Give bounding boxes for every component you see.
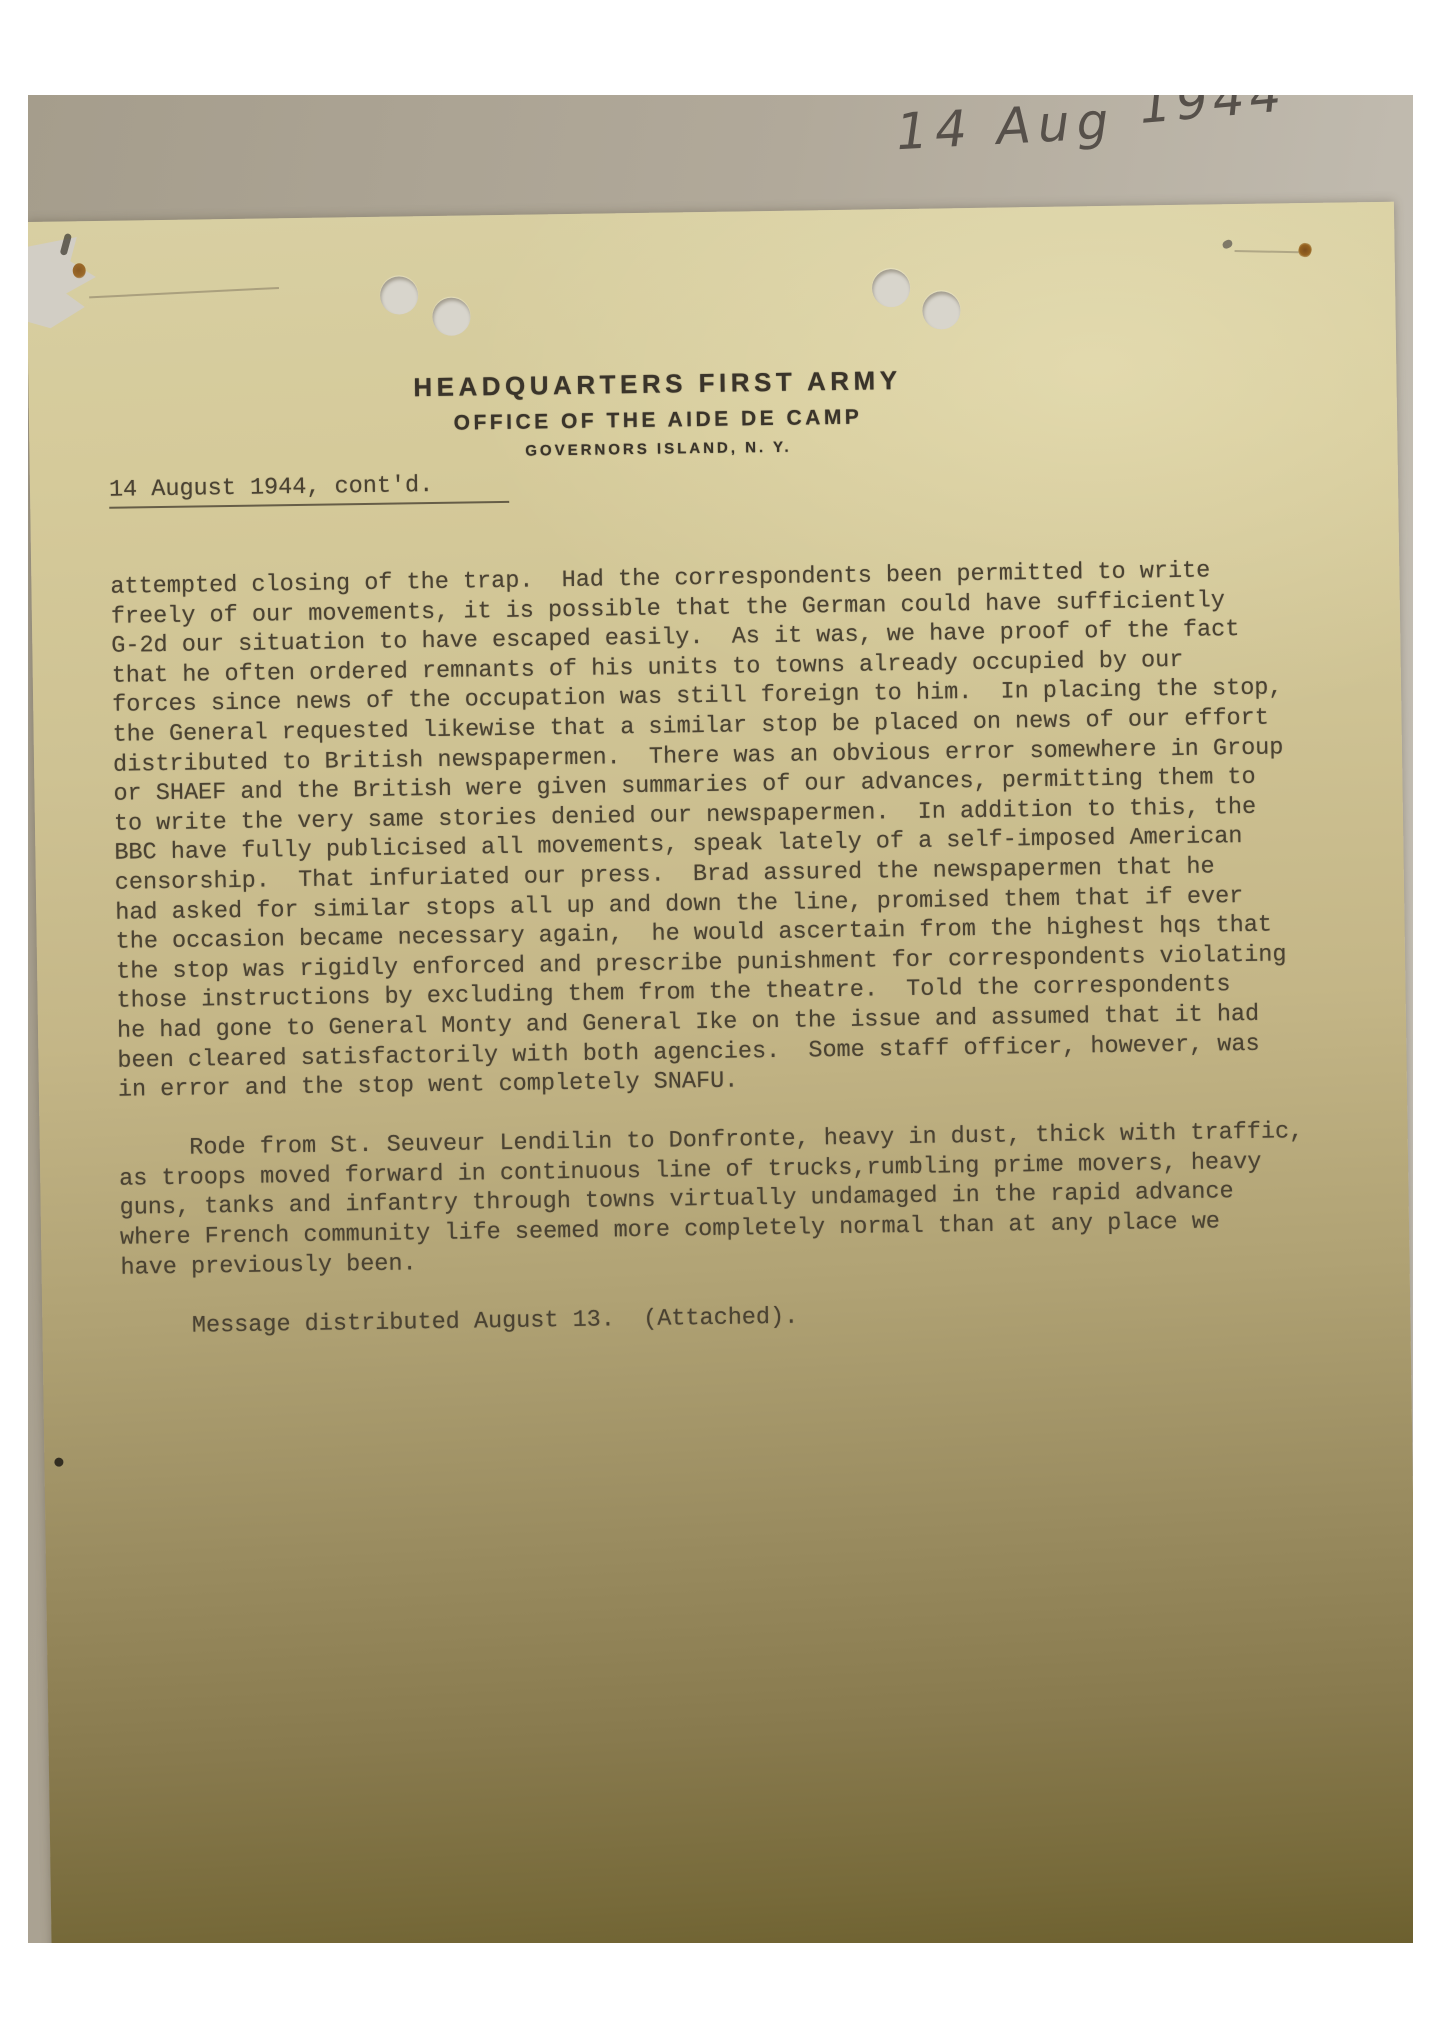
hole-punch [380,276,419,315]
typed-paragraph: attempted closing of the trap. Had the c… [110,555,1302,1105]
rust-stain-right [1297,242,1313,259]
typed-line: Message distributed August 13. (Attached… [121,1295,1306,1342]
typed-body: attempted closing of the trap. Had the c… [110,555,1306,1342]
letterhead: HEADQUARTERS FIRST ARMY OFFICE OF THE AI… [107,360,1208,465]
hole-punch [432,297,471,336]
handwritten-date-day-month: 14 Aug [895,95,1117,161]
hole-punch [922,291,961,330]
ink-dot [54,1458,63,1467]
typed-paragraph: Message distributed August 13. (Attached… [121,1295,1306,1342]
hole-punch [872,269,911,308]
letterhead-line1: HEADQUARTERS FIRST ARMY [107,360,1207,407]
handwritten-date-annotation: 14 Aug 1944 [895,95,1289,161]
pencil-mark-right [1221,239,1233,250]
dateline: 14 August 1944, cont'd. [109,471,509,509]
pencil-hairline-right [1235,250,1299,253]
document-paper: HEADQUARTERS FIRST ARMY OFFICE OF THE AI… [28,202,1413,1943]
dateline-text: 14 August 1944, cont'd. [109,471,509,509]
paper-crack [89,287,279,298]
handwritten-date-year: 1944 [1137,95,1289,135]
typed-paragraph: Rode from St. Seuveur Lendilin to Donfro… [119,1117,1306,1283]
photo-scan-area: 14 Aug 1944 HEADQUARTERS FIRST ARMY OFFI… [28,95,1413,1943]
rust-stain-left [73,263,86,278]
